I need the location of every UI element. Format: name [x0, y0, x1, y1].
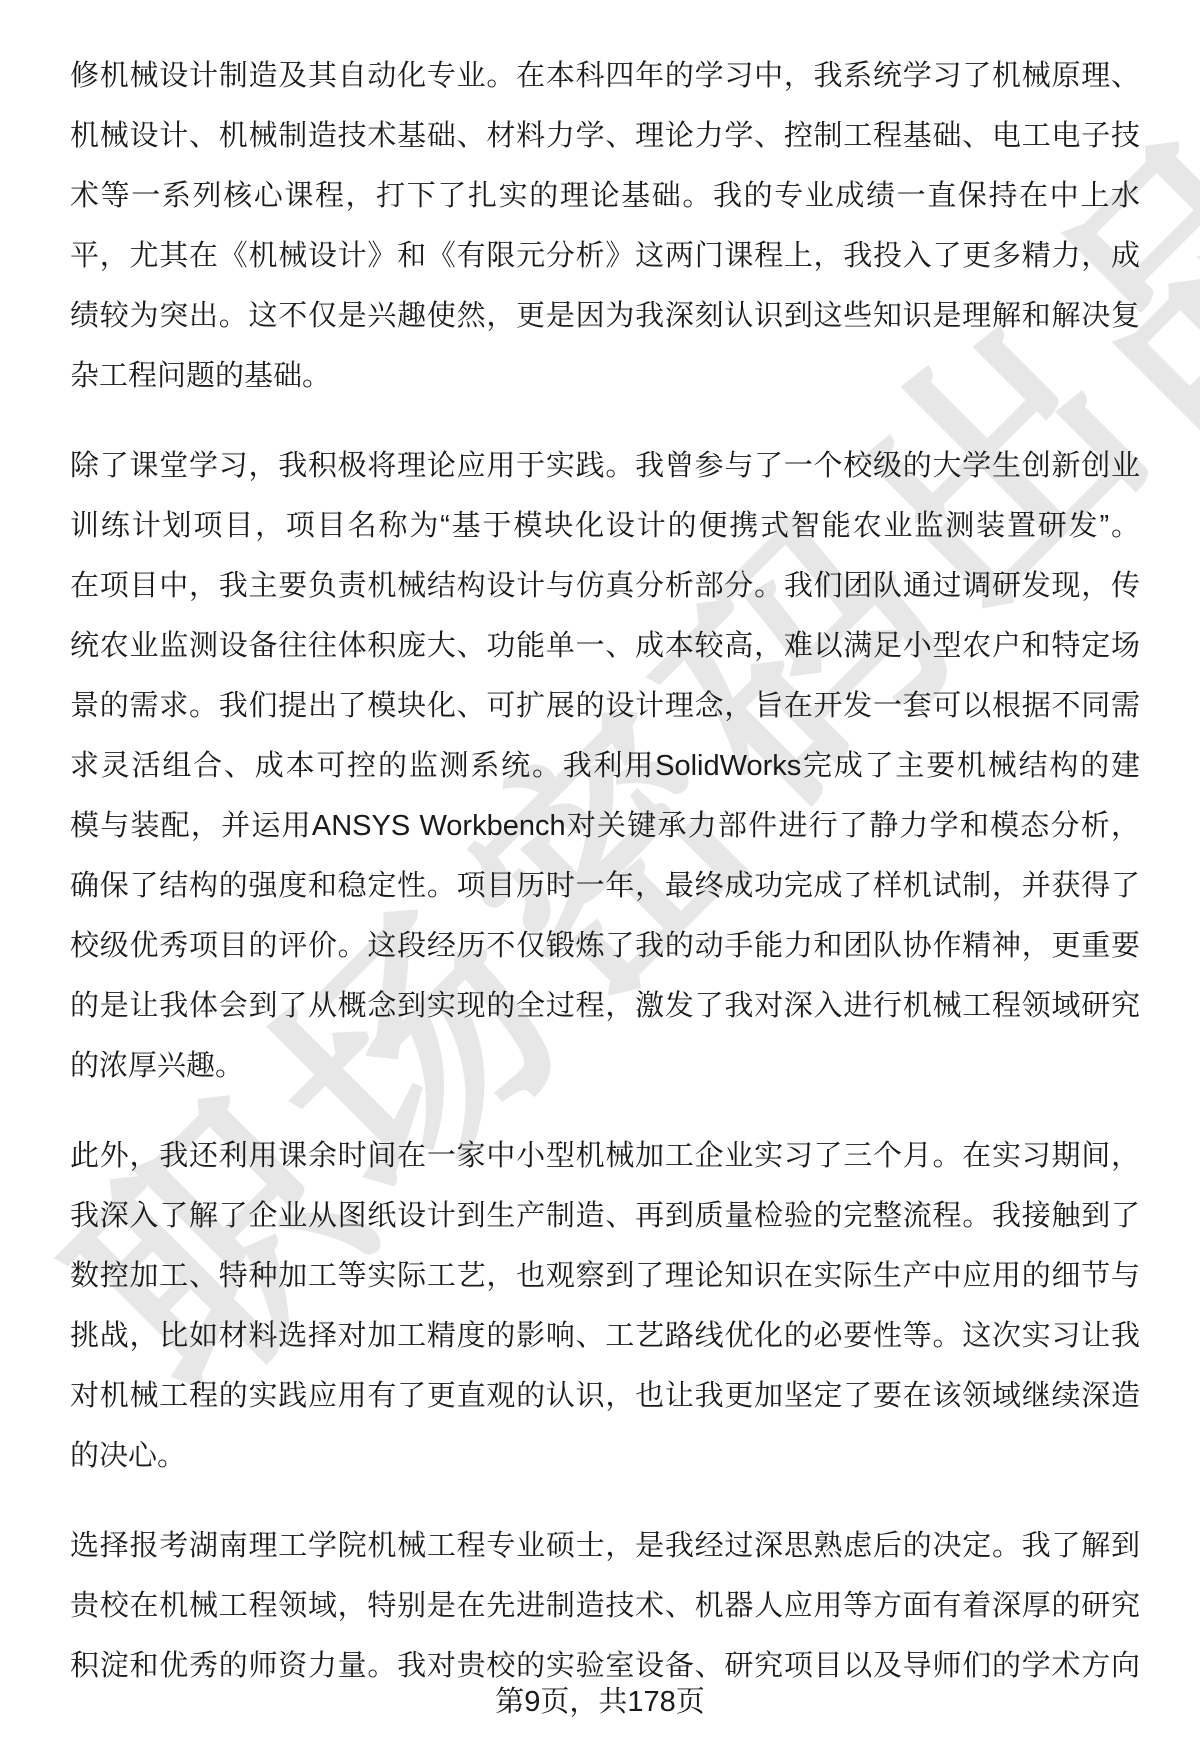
page-number-footer: 第9页，共178页 — [0, 1678, 1200, 1726]
text-line: 绩较为突出。这不仅是兴趣使然，更是因为我深刻认识到这些知识是理解和解决复 — [70, 286, 1140, 346]
text-line: 求灵活组合、成本可控的监测系统。我利用SolidWorks完成了主要机械结构的建 — [70, 736, 1140, 796]
text-line: 除了课堂学习，我积极将理论应用于实践。我曾参与了一个校级的大学生创新创业 — [70, 436, 1140, 496]
text-line: 景的需求。我们提出了模块化、可扩展的设计理念，旨在开发一套可以根据不同需 — [70, 676, 1140, 736]
text-line: 对机械工程的实践应用有了更直观的认识，也让我更加坚定了要在该领域继续深造 — [70, 1366, 1140, 1426]
text-line: 此外，我还利用课余时间在一家中小型机械加工企业实习了三个月。在实习期间， — [70, 1126, 1140, 1186]
text-line: 统农业监测设备往往体积庞大、功能单一、成本较高，难以满足小型农户和特定场 — [70, 616, 1140, 676]
paragraph: 除了课堂学习，我积极将理论应用于实践。我曾参与了一个校级的大学生创新创业 训练计… — [70, 436, 1140, 1096]
text-line: 挑战，比如材料选择对加工精度的影响、工艺路线优化的必要性等。这次实习让我 — [70, 1306, 1140, 1366]
text-line: 机械设计、机械制造技术基础、材料力学、理论力学、控制工程基础、电工电子技 — [70, 106, 1140, 166]
text-line: 选择报考湖南理工学院机械工程专业硕士，是我经过深思熟虑后的决定。我了解到 — [70, 1516, 1140, 1576]
text-line: 模与装配，并运用ANSYS Workbench对关键承力部件进行了静力学和模态分… — [70, 796, 1140, 856]
document-body: 修机械设计制造及其自动化专业。在本科四年的学习中，我系统学习了机械原理、 机械设… — [70, 46, 1140, 1696]
text-line: 的浓厚兴趣。 — [70, 1036, 1140, 1096]
text-line: 平，尤其在《机械设计》和《有限元分析》这两门课程上，我投入了更多精力，成 — [70, 226, 1140, 286]
paragraph: 选择报考湖南理工学院机械工程专业硕士，是我经过深思熟虑后的决定。我了解到 贵校在… — [70, 1516, 1140, 1696]
text-line: 修机械设计制造及其自动化专业。在本科四年的学习中，我系统学习了机械原理、 — [70, 46, 1140, 106]
text-line: 杂工程问题的基础。 — [70, 346, 1140, 406]
text-line: 的是让我体会到了从概念到实现的全过程，激发了我对深入进行机械工程领域研究 — [70, 976, 1140, 1036]
text-line: 数控加工、特种加工等实际工艺，也观察到了理论知识在实际生产中应用的细节与 — [70, 1246, 1140, 1306]
text-line: 校级优秀项目的评价。这段经历不仅锻炼了我的动手能力和团队协作精神，更重要 — [70, 916, 1140, 976]
text-line: 我深入了解了企业从图纸设计到生产制造、再到质量检验的完整流程。我接触到了 — [70, 1186, 1140, 1246]
text-line: 贵校在机械工程领域，特别是在先进制造技术、机器人应用等方面有着深厚的研究 — [70, 1576, 1140, 1636]
text-line: 的决心。 — [70, 1426, 1140, 1486]
paragraph: 修机械设计制造及其自动化专业。在本科四年的学习中，我系统学习了机械原理、 机械设… — [70, 46, 1140, 406]
text-line: 确保了结构的强度和稳定性。项目历时一年，最终成功完成了样机试制，并获得了 — [70, 856, 1140, 916]
paragraph: 此外，我还利用课余时间在一家中小型机械加工企业实习了三个月。在实习期间， 我深入… — [70, 1126, 1140, 1486]
text-line: 术等一系列核心课程，打下了扎实的理论基础。我的专业成绩一直保持在中上水 — [70, 166, 1140, 226]
text-line: 在项目中，我主要负责机械结构设计与仿真分析部分。我们团队通过调研发现，传 — [70, 556, 1140, 616]
text-line: 训练计划项目，项目名称为“基于模块化设计的便携式智能农业监测装置研发”。 — [70, 496, 1140, 556]
